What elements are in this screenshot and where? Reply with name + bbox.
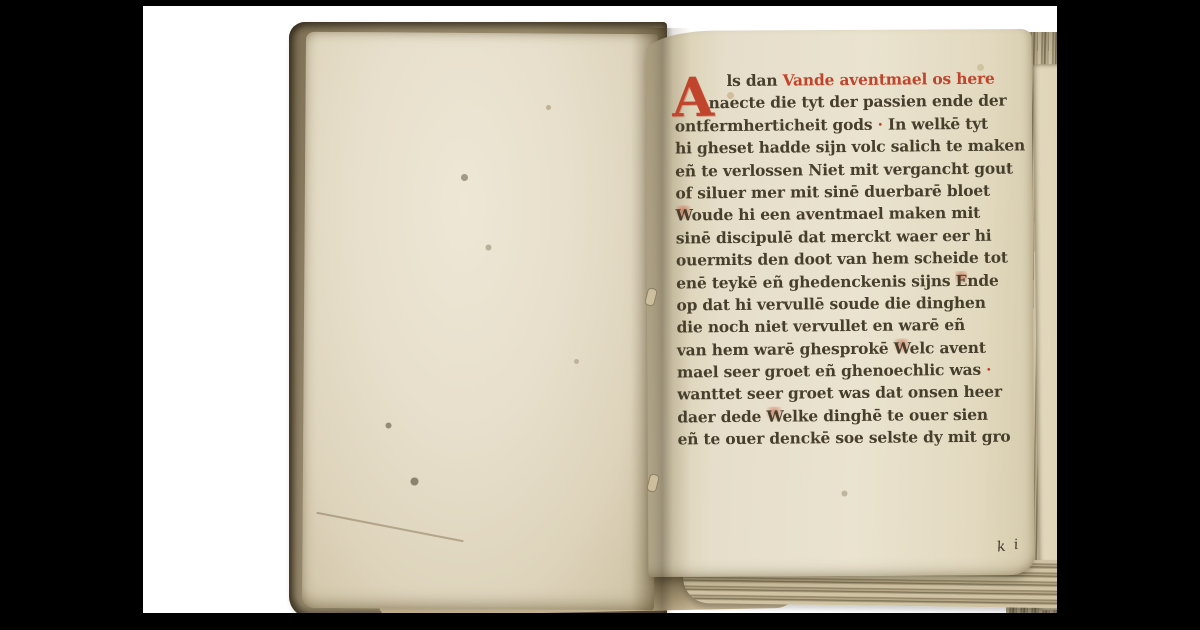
rubric-text: Vande aventmael os here <box>783 69 995 90</box>
verso-blank-page <box>302 32 658 610</box>
manuscript-line: Woude hi een aventmael maken mit <box>676 202 1021 227</box>
manuscript-line: die noch niet vervullet en warē eñ <box>676 314 1021 339</box>
manuscript-text: W <box>676 206 692 225</box>
manuscript-text: mael seer groet eñ ghenoechlic was <box>677 360 986 382</box>
manuscript-text: ouermits den doot van hem scheide tot <box>676 248 1008 270</box>
manuscript-text: ontfermherticheit gods <box>675 115 878 136</box>
manuscript-line: wanttet seer groet was dat onsen heer <box>677 381 1022 406</box>
manuscript-text: In welkē tyt <box>883 114 988 134</box>
manuscript-line: eñ te verlossen Niet mit vergancht gout <box>675 157 1020 182</box>
manuscript-text: W <box>766 406 782 425</box>
manuscript-text: eñ te verlossen Niet mit vergancht gout <box>675 158 1013 180</box>
manuscript-text: wanttet seer groet was dat onsen heer <box>677 382 1002 404</box>
manuscript-text: van hem warē ghesprokē <box>677 338 894 359</box>
manuscript-line: naecte die tyt der passien ende der <box>675 90 1020 115</box>
manuscript-text: nde <box>967 270 999 289</box>
manuscript-text: sinē discipulē dat merckt waer eer hi <box>676 225 992 247</box>
manuscript-text: E <box>956 270 968 289</box>
manuscript-text: elke dinghē te ouer sien <box>782 405 988 426</box>
manuscript-text: W <box>894 338 910 357</box>
manuscript-line: sinē discipulē dat merckt waer eer hi <box>676 224 1021 249</box>
manuscript-line: van hem warē ghesprokē Welc avent <box>677 336 1022 361</box>
manuscript-text: eñ te ouer denckē soe selste dy mit gro <box>677 427 1010 449</box>
manuscript-line: ouermits den doot van hem scheide tot <box>676 247 1021 272</box>
manuscript-line: daer dede Welke dinghē te ouer sien <box>677 403 1022 428</box>
quire-signature-mark: k i <box>996 536 1021 555</box>
manuscript-line: hi gheset hadde sijn volc salich te make… <box>675 135 1020 160</box>
manuscript-line: enē teykē eñ ghedenckenis sijns Ende <box>676 269 1021 294</box>
manuscript-line: eñ te ouer denckē soe selste dy mit gro <box>677 426 1022 451</box>
manuscript-text: die noch niet vervullet en warē eñ <box>677 315 966 337</box>
manuscript-text: op dat hi vervullē soude die dinghen <box>676 293 986 315</box>
manuscript-text: hi gheset hadde sijn volc salich te make… <box>675 136 1025 158</box>
manuscript-line: ontfermherticheit gods · In welkē tyt <box>675 112 1020 137</box>
manuscript-line: of siluer mer mit sinē duerbarē bloet <box>675 179 1020 204</box>
rubric-text: · <box>986 360 991 379</box>
manuscript-line: op dat hi vervullē soude die dinghen <box>676 291 1021 316</box>
manuscript-line: mael seer groet eñ ghenoechlic was · <box>677 359 1022 384</box>
manuscript-text-block: ls dan Vande aventmael os herenaecte die… <box>674 68 1022 452</box>
parchment-stains <box>143 6 146 9</box>
manuscript-text: of siluer mer mit sinē duerbarē bloet <box>675 181 990 203</box>
manuscript-text: daer dede <box>677 407 766 427</box>
manuscript-text: oude hi een aventmael maken mit <box>691 203 980 225</box>
photo-area: A ls dan Vande aventmael os herenaecte d… <box>143 6 1057 613</box>
manuscript-text: naecte die tyt der passien ende der <box>709 91 1007 113</box>
manuscript-line: ls dan Vande aventmael os here <box>674 68 1019 93</box>
manuscript-text: elc avent <box>910 337 986 357</box>
social-card-canvas: A ls dan Vande aventmael os herenaecte d… <box>0 0 1200 630</box>
manuscript-text: ls dan <box>726 71 782 90</box>
manuscript-text: enē teykē eñ ghedenckenis sijns <box>676 271 956 292</box>
